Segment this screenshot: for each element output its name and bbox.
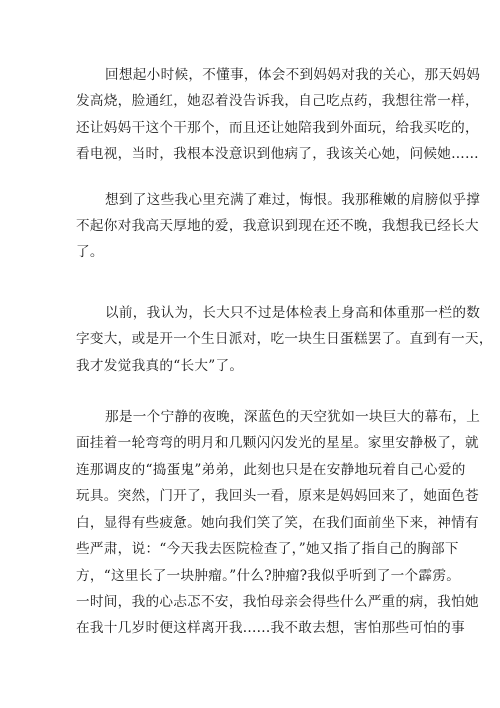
document-page: 回想起小时候，不懂事，体会不到妈妈对我的关心，那天妈妈 发高烧，脸通红，她忍着没… <box>76 62 424 642</box>
paragraph-4: 那是一个宁静的夜晚，深蓝色的天空犹如一块巨大的幕布，上 面挂着一轮弯弯的明月和几… <box>76 404 424 642</box>
text-line: 那是一个宁静的夜晚，深蓝色的天空犹如一块巨大的幕布，上 <box>76 404 424 430</box>
text-line: 连那调皮的“捣蛋鬼”弟弟，此刻也只是在安静地玩着自己心爱的 <box>76 457 424 483</box>
text-line: 面挂着一轮弯弯的明月和几颗闪闪发光的星星。家里安静极了，就 <box>76 430 424 456</box>
text-line: 我才发觉我真的“长大”了。 <box>76 353 424 379</box>
text-line: 回想起小时候，不懂事，体会不到妈妈对我的关心，那天妈妈 <box>76 62 424 88</box>
paragraph-2: 想到了这些我心里充满了难过，悔恨。我那稚嫩的肩膀似乎撑 不起你对我高天厚地的爱，… <box>76 187 424 266</box>
text-line: 以前，我认为，长大只不过是体检表上身高和体重那一栏的数 <box>76 300 424 326</box>
text-line: 看电视，当时，我根本没意识到他病了，我该关心她，问候她…… <box>76 141 424 167</box>
text-line: 些严肃，说：“今天我去医院检查了，”她又指了指自己的胸部下 <box>76 536 424 562</box>
text-line: 方，“这里长了一块肿瘤。”什么?肿瘤?我似乎听到了一个霹雳。 <box>76 563 424 589</box>
text-line: 玩具。突然，门开了，我回头一看，原来是妈妈回来了，她面色苍 <box>76 483 424 509</box>
text-line: 了。 <box>76 239 424 265</box>
text-line: 想到了这些我心里充满了难过，悔恨。我那稚嫩的肩膀似乎撑 <box>76 187 424 213</box>
text-line: 一时间，我的心忐忑不安，我怕母亲会得些什么严重的病，我怕她 <box>76 589 424 615</box>
paragraph-3: 以前，我认为，长大只不过是体检表上身高和体重那一栏的数 字变大，或是开一个生日派… <box>76 300 424 379</box>
paragraph-1: 回想起小时候，不懂事，体会不到妈妈对我的关心，那天妈妈 发高烧，脸通红，她忍着没… <box>76 62 424 168</box>
text-line: 还让妈妈干这个干那个，而且还让她陪我到外面玩，给我买吃的， <box>76 115 424 141</box>
text-line: 白，显得有些疲惫。她向我们笑了笑，在我们面前坐下来，神情有 <box>76 510 424 536</box>
text-line: 在我十几岁时便这样离开我......我不敢去想，害怕那些可怕的事 <box>76 615 424 641</box>
text-line: 字变大，或是开一个生日派对，吃一块生日蛋糕罢了。直到有一天， <box>76 326 424 352</box>
text-line: 发高烧，脸通红，她忍着没告诉我，自己吃点药，我想往常一样， <box>76 88 424 114</box>
text-line: 不起你对我高天厚地的爱，我意识到现在还不晚，我想我已经长大 <box>76 213 424 239</box>
